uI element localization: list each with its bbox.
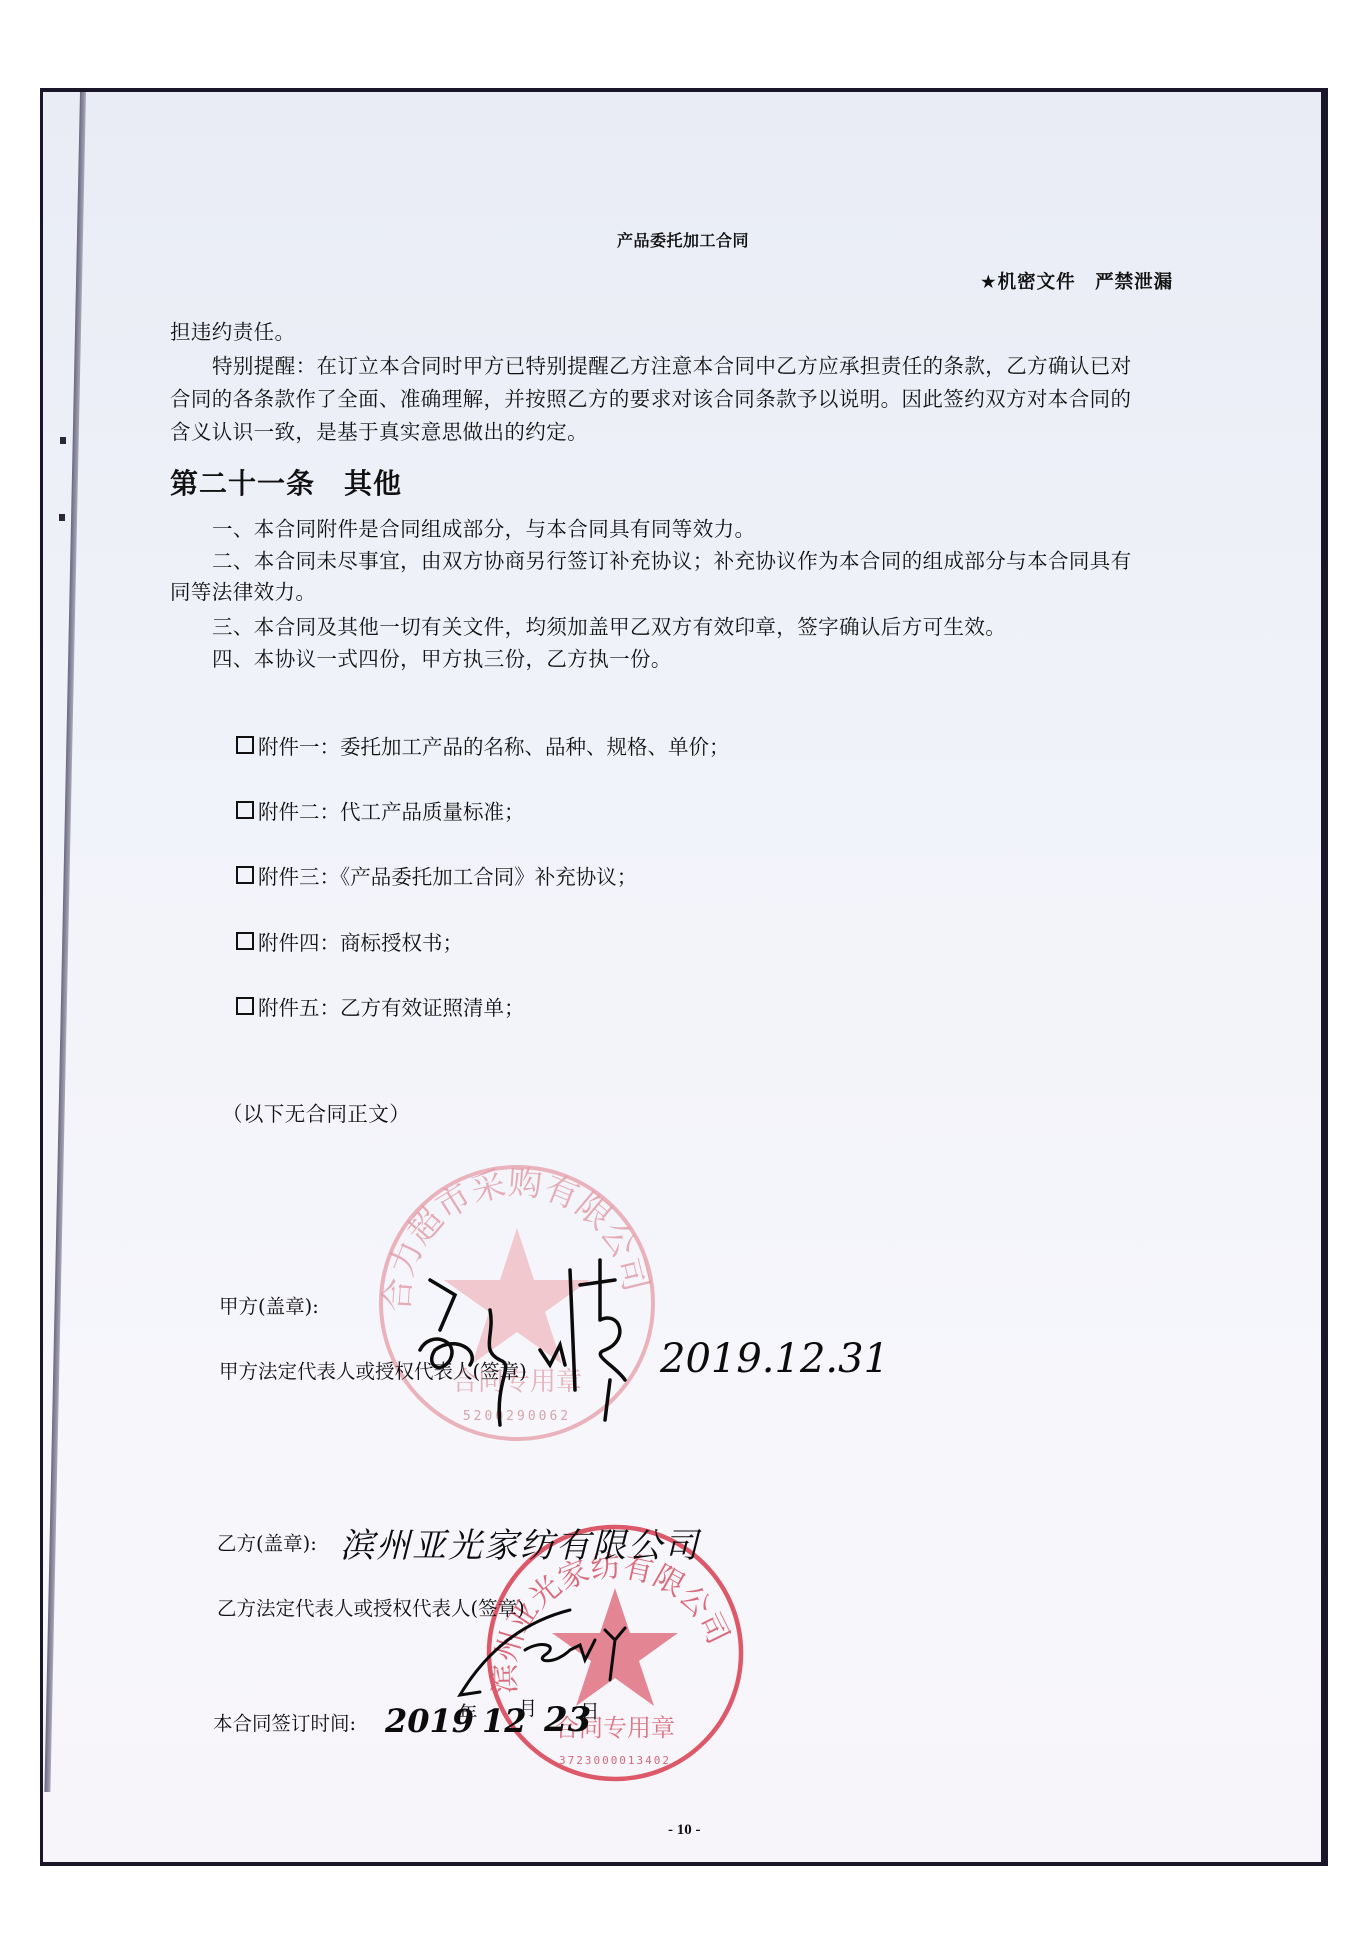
- attachment-item[interactable]: 附件四：商标授权书；: [236, 926, 463, 956]
- clause-line: 同等法律效力。: [170, 582, 316, 603]
- checkbox-icon[interactable]: [236, 801, 254, 819]
- checkbox-icon[interactable]: [236, 866, 254, 884]
- attachment-label: 附件二：代工产品质量标准；: [258, 795, 525, 825]
- sign-date-year-unit: 年: [458, 1698, 478, 1726]
- attachment-item[interactable]: 附件一：委托加工产品的名称、品种、规格、单价；: [236, 730, 730, 760]
- attachment-item[interactable]: 附件二：代工产品质量标准；: [236, 795, 525, 825]
- clause-line: 一、本合同附件是合同组成部分，与本合同具有同等效力。: [212, 519, 755, 540]
- sign-date-day-unit: 日: [580, 1696, 600, 1724]
- binding-hole: [59, 514, 65, 521]
- party-b-handwritten-company: 滨州亚光家纺有限公司: [340, 1518, 700, 1567]
- confidential-mark: ★机密文件 严禁泄漏: [980, 268, 1173, 294]
- end-note: （以下无合同正文）: [222, 1104, 410, 1125]
- paragraph-line: 担违约责任。: [170, 322, 295, 343]
- clause-line: 二、本合同未尽事宜，由双方协商另行签订补充协议；补充协议作为本合同的组成部分与本…: [212, 551, 1132, 572]
- attachment-label: 附件五：乙方有效证照清单；: [258, 991, 525, 1021]
- document-title: 产品委托加工合同: [617, 228, 749, 251]
- checkbox-icon[interactable]: [236, 997, 254, 1015]
- section-heading: 第二十一条 其他: [170, 462, 402, 502]
- party-a-seal-label: 甲方(盖章):: [219, 1291, 319, 1319]
- attachment-label: 附件三：《产品委托加工合同》补充协议；: [258, 860, 637, 890]
- page-number: - 10 -: [668, 1822, 701, 1839]
- clause-line: 三、本合同及其他一切有关文件，均须加盖甲乙双方有效印章，签字确认后方可生效。: [212, 617, 1006, 638]
- paragraph-line: 含义认识一致，是基于真实意思做出的约定。: [170, 422, 588, 443]
- svg-text:3723000013402: 3723000013402: [559, 1754, 671, 1767]
- paragraph-line: 特别提醒：在订立本合同时甲方已特别提醒乙方注意本合同中乙方应承担责任的条款，乙方…: [212, 356, 1132, 377]
- sign-date-label: 本合同签订时间:: [213, 1708, 356, 1736]
- party-a-handwritten-date: 2019.12.31: [660, 1336, 889, 1382]
- attachment-item[interactable]: 附件五：乙方有效证照清单；: [236, 991, 525, 1021]
- paragraph-line: 合同的各条款作了全面、准确理解，并按照乙方的要求对该合同条款予以说明。因此签约双…: [170, 389, 1131, 410]
- clause-line: 四、本协议一式四份，甲方执三份，乙方执一份。: [212, 649, 672, 670]
- checkbox-icon[interactable]: [236, 932, 254, 950]
- checkbox-icon[interactable]: [236, 736, 254, 754]
- party-b-seal-label: 乙方(盖章):: [217, 1528, 317, 1556]
- party-b-handwritten-signature: [430, 1600, 670, 1710]
- sign-date-month-unit: 月: [518, 1693, 538, 1721]
- binding-hole: [60, 437, 66, 444]
- party-a-handwritten-signature: [400, 1240, 660, 1430]
- attachment-item[interactable]: 附件三：《产品委托加工合同》补充协议；: [236, 860, 637, 890]
- attachment-label: 附件四：商标授权书；: [258, 926, 463, 956]
- attachment-label: 附件一：委托加工产品的名称、品种、规格、单价；: [258, 730, 730, 760]
